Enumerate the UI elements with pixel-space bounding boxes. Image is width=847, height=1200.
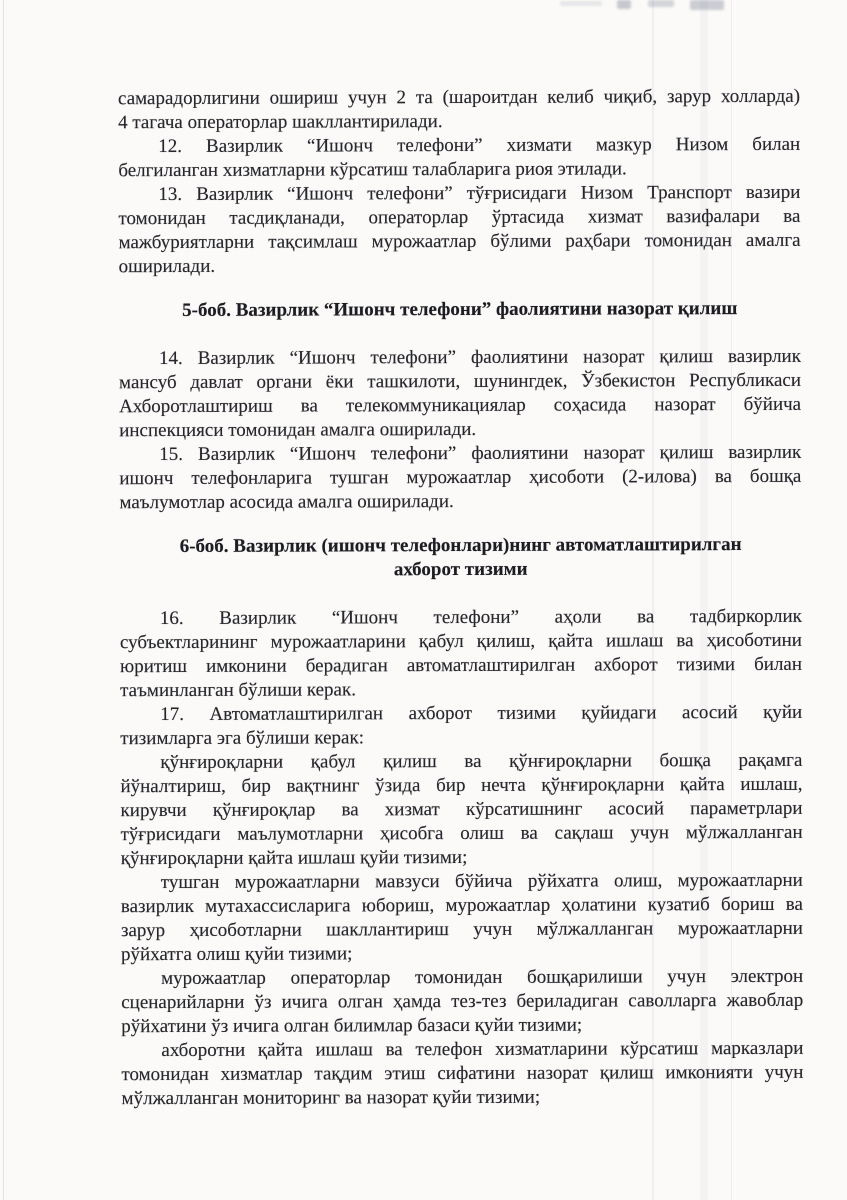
text-line: 6-боб. Вазирлик (ишонч телефонлари)нинг … xyxy=(120,533,802,559)
text-line: инспекцияси томонидан амалга оширилади. xyxy=(119,417,801,443)
text-line: 12. Вазирлик “Ишонч телефони” хизмати ма… xyxy=(118,133,800,159)
text-line: мурожаатлар операторлар томонидан бошқар… xyxy=(121,965,803,991)
heading-chapter-5: 5-боб. Вазирлик “Ишонч телефони” фаолият… xyxy=(119,297,801,323)
text-line: белгиланган хизматларни кўрсатиш талабла… xyxy=(118,157,800,183)
text-line: йўналтириш, бир вақтнинг ўзида бир нечта… xyxy=(120,773,802,799)
scan-smudge xyxy=(560,1,602,6)
text-line: 14. Вазирлик “Ишонч телефони” фаолиятини… xyxy=(119,345,801,371)
text-line: томонидан хизматлар тақдим этиш сифатини… xyxy=(121,1061,803,1087)
text-line: самарадорлигини ошириш учун 2 та (шароит… xyxy=(118,85,800,111)
paragraph-13: 13. Вазирлик “Ишонч телефони” тўғрисидаг… xyxy=(118,181,800,279)
scan-page: самарадорлигини ошириш учун 2 та (шароит… xyxy=(0,0,847,1200)
scan-smudge xyxy=(617,0,631,9)
text-line: ишонч телефонларига тушган мурожаатлар ҳ… xyxy=(119,465,801,491)
text-line: 15. Вазирлик “Ишонч телефони” фаолиятини… xyxy=(119,441,801,467)
text-line: кирувчи қўнғироқлар ва хизмат кўрсатишни… xyxy=(120,797,802,823)
paragraph-continued: самарадорлигини ошириш учун 2 та (шароит… xyxy=(118,85,800,135)
subsystem-item-4: ахборотни қайта ишлаш ва телефон хизматл… xyxy=(121,1037,803,1111)
text-line: тизимларга эга бўлиши керак: xyxy=(120,725,802,751)
scan-smudge xyxy=(690,0,724,10)
paragraph-16: 16. Вазирлик “Ишонч телефони” аҳоли ва т… xyxy=(120,605,802,703)
text-line: 17. Автоматлаштирилган ахборот тизими қу… xyxy=(120,701,802,727)
text-line: юритиш имконини берадиган автоматлаштири… xyxy=(120,653,802,679)
paragraph-12: 12. Вазирлик “Ишонч телефони” хизмати ма… xyxy=(118,133,800,183)
text-line: 4 тагача операторлар шакллантирилади. xyxy=(118,109,800,135)
text-line: рўйхатини ўз ичига олган билимлар базаси… xyxy=(121,1013,803,1039)
text-line: таъминланган бўлиши керак. xyxy=(120,677,802,703)
text-line: қўнғироқларни қабул қилиш ва қўнғироқлар… xyxy=(120,749,802,775)
text-line: қўнғироқларни қайта ишлаш қуйи тизими; xyxy=(121,845,803,871)
text-line: мансуб давлат органи ёки ташкилоти, шуни… xyxy=(119,369,801,395)
text-line: вазирлик мутахассисларига юбориш, мурожа… xyxy=(121,893,803,919)
text-line: тушган мурожаатларни мавзуси бўйича рўйх… xyxy=(121,869,803,895)
text-line: 13. Вазирлик “Ишонч телефони” тўғрисидаг… xyxy=(118,181,800,207)
text-line: ахборот тизими xyxy=(120,557,802,583)
subsystem-item-1: қўнғироқларни қабул қилиш ва қўнғироқлар… xyxy=(120,749,802,871)
text-line: томонидан тасдиқланади, операторлар ўрта… xyxy=(118,205,800,231)
document-text: самарадорлигини ошириш учун 2 та (шароит… xyxy=(118,85,804,1111)
paragraph-15: 15. Вазирлик “Ишонч телефони” фаолиятини… xyxy=(119,441,801,515)
text-line: мажбуриятларни тақсимлаш мурожаатлар бўл… xyxy=(119,229,801,255)
text-line: субъектларининг мурожаатларини қабул қил… xyxy=(120,629,802,655)
text-line: маълумотлар асосида амалга оширилади. xyxy=(119,489,801,515)
scan-smudge xyxy=(648,0,674,7)
paragraph-14: 14. Вазирлик “Ишонч телефони” фаолиятини… xyxy=(119,345,801,443)
paragraph-17: 17. Автоматлаштирилган ахборот тизими қу… xyxy=(120,701,802,751)
text-line: 16. Вазирлик “Ишонч телефони” аҳоли ва т… xyxy=(120,605,802,631)
text-line: мўлжалланган мониторинг ва назорат қуйи … xyxy=(121,1085,803,1111)
text-line: оширилади. xyxy=(119,253,801,279)
scan-edge-line xyxy=(3,0,4,1200)
text-line: рўйхатга олиш қуйи тизими; xyxy=(121,941,803,967)
text-line: сценарийларни ўз ичига олган ҳамда тез-т… xyxy=(121,989,803,1015)
text-line: 5-боб. Вазирлик “Ишонч телефони” фаолият… xyxy=(119,297,801,323)
text-line: зарур ҳисоботларни шакллантириш учун мўл… xyxy=(121,917,803,943)
subsystem-item-2: тушган мурожаатларни мавзуси бўйича рўйх… xyxy=(121,869,803,967)
text-line: Ахборотлаштириш ва телекоммуникациялар с… xyxy=(119,393,801,419)
subsystem-item-3: мурожаатлар операторлар томонидан бошқар… xyxy=(121,965,803,1039)
heading-chapter-6: 6-боб. Вазирлик (ишонч телефонлари)нинг … xyxy=(120,533,802,583)
text-line: ахборотни қайта ишлаш ва телефон хизматл… xyxy=(121,1037,803,1063)
text-line: тўғрисидаги маълумотларни ҳисобга олиш в… xyxy=(121,821,803,847)
